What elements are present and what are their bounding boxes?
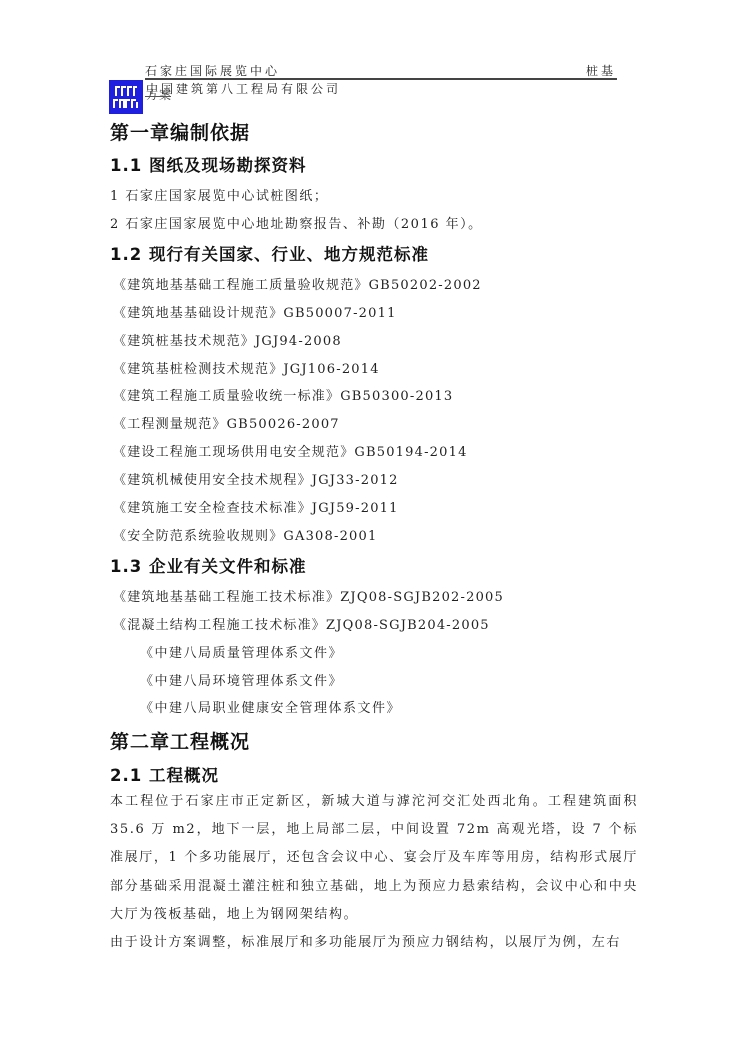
document-page: 石家庄国际展览中心 桩基 中国建筑第八工程局有限公司 方案 第一章编制依据 1.… [0, 0, 744, 1052]
overview-paragraph: 本工程位于石家庄市正定新区，新城大道与滹沱河交汇处西北角。工程建筑面积35.6 … [110, 788, 638, 929]
standard-item: 《建筑桩基技术规范》JGJ94-2008 [113, 330, 342, 349]
standard-item: 《建筑基桩检测技术规范》JGJ106-2014 [113, 358, 380, 377]
header-company: 中国建筑第八工程局有限公司 [146, 80, 341, 97]
header-overlap-fragment: 方案 [146, 86, 172, 103]
standard-item: 《工程测量规范》GB50026-2007 [113, 413, 340, 432]
section-2-1-title: 2.1 工程概况 [110, 762, 219, 786]
standard-item: 《建筑机械使用安全技术规程》JGJ33-2012 [113, 469, 399, 488]
enterprise-doc-item: 《中建八局质量管理体系文件》 [140, 642, 343, 661]
standard-item: 《建筑施工安全检查技术标准》JGJ59-2011 [113, 497, 399, 516]
list-item: 1 石家庄国家展览中心试桩图纸； [110, 185, 328, 204]
cscec-logo-icon [109, 80, 143, 114]
header-project-title: 石家庄国际展览中心 [145, 62, 280, 79]
enterprise-doc-item: 《中建八局职业健康安全管理体系文件》 [140, 697, 401, 716]
standard-item: 《建筑工程施工质量验收统一标准》GB50300-2013 [113, 385, 453, 404]
standard-item: 《建筑地基基础工程施工质量验收规范》GB50202-2002 [113, 274, 482, 293]
standard-item: 《建设工程施工现场供用电安全规范》GB50194-2014 [113, 441, 468, 460]
standard-item: 《建筑地基基础设计规范》GB50007-2011 [113, 302, 397, 321]
enterprise-doc-item: 《中建八局环境管理体系文件》 [140, 670, 343, 689]
header-fragment-underline [145, 96, 171, 97]
header-doc-type: 桩基 [586, 62, 616, 79]
chapter2-title: 第二章工程概况 [110, 727, 250, 754]
enterprise-standard-item: 《建筑地基基础工程施工技术标准》ZJQ08-SGJB202-2005 [113, 586, 504, 605]
overview-paragraph-continued: 由于设计方案调整，标准展厅和多功能展厅为预应力钢结构，以展厅为例，左右 [110, 929, 638, 957]
section-1-2-title: 1.2 现行有关国家、行业、地方规范标准 [110, 241, 429, 265]
list-item: 2 石家庄国家展览中心地址勘察报告、补勘（2016 年）。 [110, 213, 483, 232]
enterprise-standard-item: 《混凝土结构工程施工技术标准》ZJQ08-SGJB204-2005 [113, 614, 490, 633]
standard-item: 《安全防范系统验收规则》GA308-2001 [113, 525, 377, 544]
chapter1-title: 第一章编制依据 [110, 118, 250, 145]
section-1-3-title: 1.3 企业有关文件和标准 [110, 553, 306, 577]
section-1-1-title: 1.1 图纸及现场勘探资料 [110, 152, 306, 176]
